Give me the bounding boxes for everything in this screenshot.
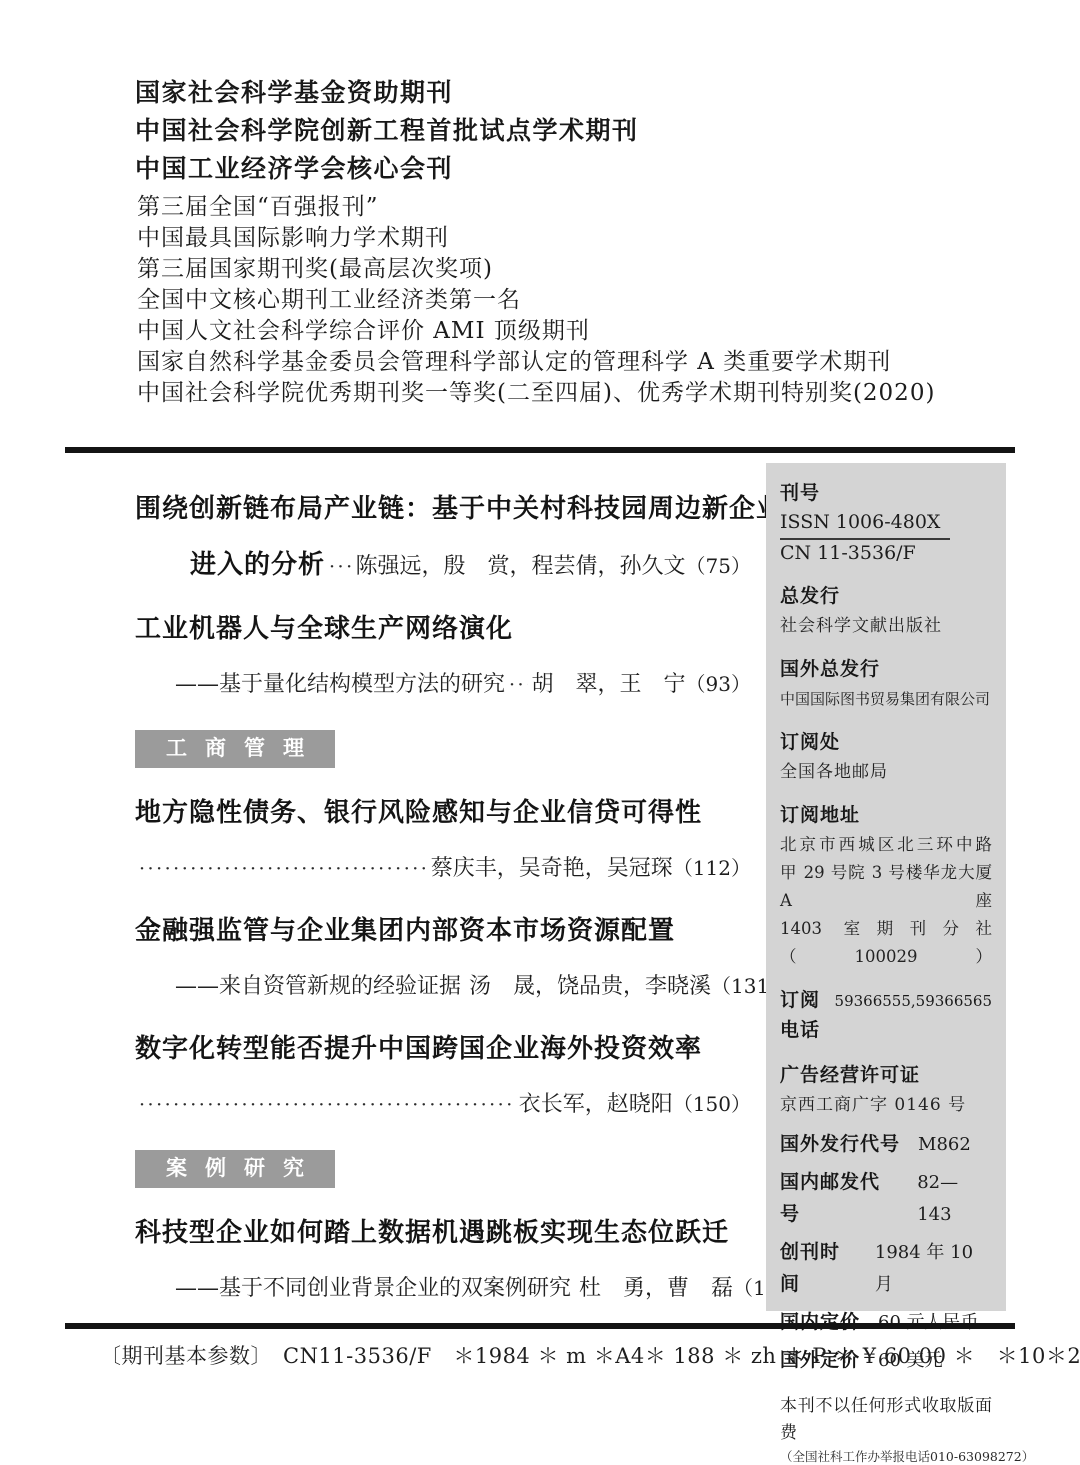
no-fee-notice: 本刊不以任何形式收取版面费 （全国社科工作办举报电话010-63098272） <box>780 1393 992 1465</box>
masthead-line: 国家社会科学基金资助期刊 <box>135 74 639 112</box>
info-row-label: 国内邮发代号 <box>780 1167 899 1231</box>
honor-item: 第三届国家期刊奖(最高层次奖项) <box>137 254 935 285</box>
article-byline: ········································… <box>135 1089 751 1120</box>
toc-entry: 围绕创新链布局产业链：基于中关村科技园周边新企业 进入的分析 ·········… <box>135 492 751 582</box>
info-row-founded: 创刊时间 1984 年 10 月 <box>780 1237 992 1301</box>
toc-entry: 金融强监管与企业集团内部资本市场资源配置 ——来自资管新规的经验证据 ·····… <box>135 914 751 1002</box>
info-group-label: 国外总发行 <box>780 655 992 685</box>
dot-leader: ········································… <box>509 670 528 700</box>
honor-item: 中国最具国际影响力学术期刊 <box>137 223 935 254</box>
info-group-value: 社会科学文献出版社 <box>780 612 992 640</box>
article-authors: 胡 翠，王 宁 <box>532 670 686 700</box>
info-group-value: 全国各地邮局 <box>780 758 992 786</box>
info-group-overseas-distributor: 国外总发行 中国国际图书贸易集团有限公司 <box>780 655 992 713</box>
info-group-label: 订阅地址 <box>780 801 992 831</box>
info-row-label: 创刊时间 <box>780 1237 857 1301</box>
toc-entry: 科技型企业如何踏上数据机遇跳板实现生态位跃迁 ——基于不同创业背景企业的双案例研… <box>135 1216 751 1304</box>
article-byline: ——来自资管新规的经验证据 ··························… <box>135 971 751 1002</box>
article-authors: 汤 晟，饶品贵，李晓溪 <box>469 972 711 1002</box>
honor-item: 国家自然科学基金委员会管理科学部认定的管理科学 A 类重要学术期刊 <box>137 347 935 378</box>
article-title: 工业机器人与全球生产网络演化 <box>135 612 751 645</box>
info-group-label: 总发行 <box>780 582 992 612</box>
address-line: 北京市西城区北三环中路 <box>780 831 992 859</box>
article-page-number: （112） <box>673 853 751 883</box>
article-page-number: （93） <box>686 669 751 699</box>
address-line: 甲 29 号院 3 号楼华龙大厦 A 座 <box>780 859 992 915</box>
info-group-label: 广告经营许可证 <box>780 1061 992 1091</box>
address-line: 1403 室期刊分社（100029） <box>780 915 992 971</box>
subscription-phone-row: 订阅电话 59366555,59366565 <box>780 986 992 1046</box>
divider-rule-top <box>65 447 1015 453</box>
info-group-subscription-address: 订阅地址 北京市西城区北三环中路 甲 29 号院 3 号楼华龙大厦 A 座 14… <box>780 801 992 971</box>
info-row-value: 82—143 <box>917 1167 992 1231</box>
article-authors: 杜 勇，曹 磊 <box>579 1274 733 1304</box>
phone-value: 59366555,59366565 <box>835 986 992 1016</box>
issn-cn-block: ISSN 1006-480X CN 11-3536/F <box>780 509 992 567</box>
notice-text: 本刊不以任何形式收取版面费 <box>780 1393 992 1447</box>
article-byline: ——基于量化结构模型方法的研究 ························… <box>135 669 751 700</box>
masthead: 国家社会科学基金资助期刊 中国社会科学院创新工程首批试点学术期刊 中国工业经济学… <box>135 74 639 188</box>
article-authors: 衣长军，赵晓阳 <box>519 1090 673 1120</box>
journal-toc-page: { "masthead": { "lines": [ "国家社会科学基金资助期刊… <box>0 0 1080 1465</box>
honor-item: 全国中文核心期刊工业经济类第一名 <box>137 285 935 316</box>
article-title: 数字化转型能否提升中国跨国企业海外投资效率 <box>135 1032 751 1065</box>
journal-basic-parameters: 〔期刊基本参数〕 CN11-3536/F ＊1984 ＊ m ＊A4＊ 188 … <box>100 1340 1000 1372</box>
issn-value: ISSN 1006-480X <box>780 509 950 540</box>
info-group-label: 订阅处 <box>780 728 992 758</box>
notice-subtext: （全国社科工作办举报电话010-63098272） <box>780 1447 992 1465</box>
phone-label: 订阅电话 <box>780 986 827 1046</box>
info-row-domestic-code: 国内邮发代号 82—143 <box>780 1167 992 1231</box>
info-group-ad-license: 广告经营许可证 京西工商广字 0146 号 <box>780 1061 992 1119</box>
toc-entry: 数字化转型能否提升中国跨国企业海外投资效率 ··················… <box>135 1032 751 1120</box>
article-page-number: （150） <box>673 1089 751 1119</box>
info-group-value: 中国国际图书贸易集团有限公司 <box>780 685 992 713</box>
dot-leader: ········································… <box>329 552 352 582</box>
honor-item: 中国人文社会科学综合评价 AMI 顶级期刊 <box>137 316 935 347</box>
article-subtitle: ——基于量化结构模型方法的研究 <box>175 670 505 700</box>
honor-item: 第三届全国“百强报刊” <box>137 192 935 223</box>
article-title: 金融强监管与企业集团内部资本市场资源配置 <box>135 914 751 947</box>
publication-info-panel: 刊号 ISSN 1006-480X CN 11-3536/F 总发行 社会科学文… <box>766 463 1006 1311</box>
article-byline: 进入的分析 ··································… <box>135 549 751 582</box>
section-badge-business-management: 工商管理 <box>135 730 335 768</box>
article-page-number: （75） <box>686 551 751 581</box>
article-byline: ——基于不同创业背景企业的双案例研究 ·····················… <box>135 1273 751 1304</box>
divider-rule-bottom <box>65 1323 1015 1329</box>
info-row-label: 国外发行代号 <box>780 1129 900 1161</box>
masthead-line: 中国工业经济学会核心会刊 <box>135 150 639 188</box>
issue-number-label: 刊号 <box>780 479 992 509</box>
article-title: 科技型企业如何踏上数据机遇跳板实现生态位跃迁 <box>135 1216 751 1249</box>
info-group-value: 京西工商广字 0146 号 <box>780 1091 992 1119</box>
article-authors: 蔡庆丰，吴奇艳，吴冠琛 <box>431 854 673 884</box>
toc-entry: 工业机器人与全球生产网络演化 ——基于量化结构模型方法的研究 ·········… <box>135 612 751 700</box>
toc-column: 围绕创新链布局产业链：基于中关村科技园周边新企业 进入的分析 ·········… <box>135 492 751 1334</box>
article-byline: ········································… <box>135 853 751 884</box>
info-group-subscription-office: 订阅处 全国各地邮局 <box>780 728 992 786</box>
honor-item: 中国社会科学院优秀期刊奖一等奖(二至四届)、优秀学术期刊特别奖(2020) <box>137 378 935 409</box>
info-group-general-distributor: 总发行 社会科学文献出版社 <box>780 582 992 640</box>
toc-entry: 地方隐性债务、银行风险感知与企业信贷可得性 ··················… <box>135 796 751 884</box>
article-subtitle: ——基于不同创业背景企业的双案例研究 <box>175 1274 571 1304</box>
info-row-value: 1984 年 10 月 <box>875 1237 992 1301</box>
article-title: 围绕创新链布局产业链：基于中关村科技园周边新企业 <box>135 492 751 525</box>
honors-list: 第三届全国“百强报刊” 中国最具国际影响力学术期刊 第三届国家期刊奖(最高层次奖… <box>137 192 935 409</box>
dot-leader: ········································… <box>139 1090 515 1120</box>
info-row-value: M862 <box>918 1129 971 1161</box>
cn-value: CN 11-3536/F <box>780 542 916 564</box>
article-subtitle: ——来自资管新规的经验证据 <box>175 972 461 1002</box>
section-badge-case-study: 案例研究 <box>135 1150 335 1188</box>
article-authors: 陈强远，殷 赏，程芸倩，孙久文 <box>356 552 686 582</box>
masthead-line: 中国社会科学院创新工程首批试点学术期刊 <box>135 112 639 150</box>
info-row-overseas-code: 国外发行代号 M862 <box>780 1129 992 1161</box>
article-subtitle: 进入的分析 <box>190 549 325 579</box>
dot-leader: ········································… <box>139 854 427 884</box>
article-title: 地方隐性债务、银行风险感知与企业信贷可得性 <box>135 796 751 829</box>
